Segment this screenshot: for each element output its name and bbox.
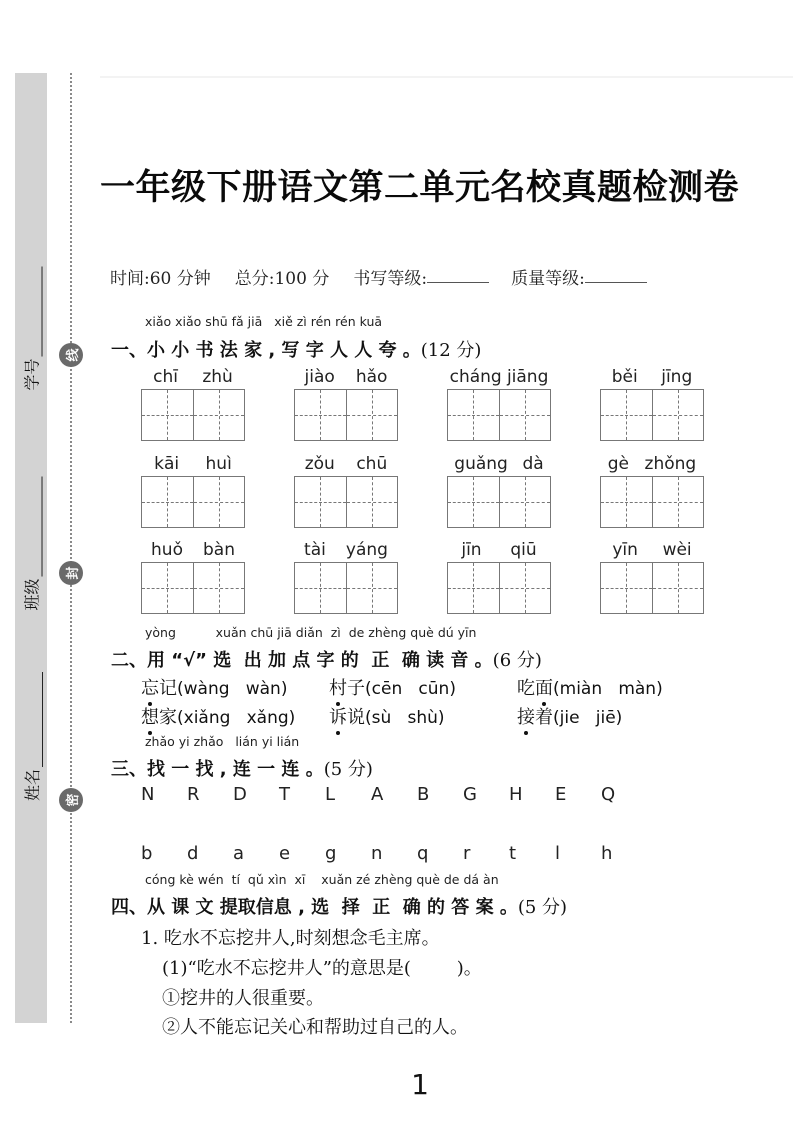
letter-lower[interactable]: t: [509, 843, 555, 864]
question-1-sub[interactable]: (1)“吃水不忘挖井人”的意思是( )。: [162, 954, 482, 980]
pronunciation-choice[interactable]: 吃面(miàn màn): [517, 674, 663, 700]
writing-grid[interactable]: gèzhǒng: [600, 454, 704, 528]
section4-heading: 四、从 课 文 提取信息 , 选 择 正 确 的 答 案 。(5 分): [111, 893, 567, 919]
pronunciation-choice[interactable]: 村子(cēn cūn): [329, 674, 517, 700]
letter-upper[interactable]: L: [325, 784, 371, 805]
letter-upper[interactable]: A: [371, 784, 417, 805]
total-score-label: 总分:100 分: [235, 264, 330, 289]
letter-lower[interactable]: r: [463, 843, 509, 864]
letter-lower[interactable]: e: [279, 843, 325, 864]
section3-pinyin: zhǎo yi zhǎo lián yi lián: [145, 734, 299, 749]
letter-lower[interactable]: b: [141, 843, 187, 864]
letter-upper[interactable]: B: [417, 784, 463, 805]
student-id-field[interactable]: 学号: [15, 258, 47, 398]
name-blank[interactable]: [41, 672, 43, 767]
writing-grid[interactable]: yīnwèi: [600, 540, 704, 614]
class-label: 班级: [20, 578, 43, 610]
seal-seal-icon: 封: [59, 561, 83, 585]
writing-grid[interactable]: huǒbàn: [141, 540, 245, 614]
quality-grade-blank[interactable]: [585, 264, 647, 283]
letter-upper[interactable]: G: [463, 784, 509, 805]
student-id-blank[interactable]: [41, 266, 43, 356]
letter-upper[interactable]: N: [141, 784, 187, 805]
writing-grid[interactable]: guǎngdà: [447, 454, 551, 528]
letter-lower[interactable]: g: [325, 843, 371, 864]
letter-upper[interactable]: T: [279, 784, 325, 805]
letter-lower[interactable]: h: [601, 843, 647, 864]
uppercase-letters: N R D T L A B G H E Q: [141, 784, 647, 805]
pronunciation-row: 忘记(wàng wàn) 村子(cēn cūn) 吃面(miàn màn): [141, 674, 663, 700]
name-label: 姓名: [20, 769, 43, 801]
writing-grid[interactable]: chángjiāng: [447, 367, 551, 441]
writing-grid[interactable]: kāihuì: [141, 454, 245, 528]
pronunciation-choice[interactable]: 诉说(sù shù): [329, 703, 517, 729]
pronunciation-row: 想家(xiǎng xǎng) 诉说(sù shù) 接着(jie jiē): [141, 703, 622, 729]
letter-upper[interactable]: Q: [601, 784, 647, 805]
section2-heading: 二、用 “√” 选 出 加 点 字 的 正 确 读 音 。(6 分): [111, 646, 542, 672]
writing-grid[interactable]: běijīng: [600, 367, 704, 441]
pronunciation-choice[interactable]: 想家(xiǎng xǎng): [141, 703, 329, 729]
class-blank[interactable]: [41, 476, 43, 576]
seal-secret-icon: 密: [59, 788, 83, 812]
writing-grade-blank[interactable]: [427, 264, 489, 283]
pronunciation-choice[interactable]: 接着(jie jiē): [517, 703, 622, 729]
letter-upper[interactable]: E: [555, 784, 601, 805]
writing-grid[interactable]: jiàohǎo: [294, 367, 398, 441]
question-1: 1. 吃水不忘挖井人,时刻想念毛主席。: [141, 924, 440, 950]
section4-pinyin: cóng kè wén tí qǔ xìn xī xuǎn zé zhèng q…: [145, 872, 499, 887]
student-id-label: 学号: [20, 358, 43, 390]
answer-option-1[interactable]: ①挖井的人很重要。: [162, 984, 324, 1010]
time-label: 时间:60 分钟: [110, 264, 211, 289]
letter-upper[interactable]: R: [187, 784, 233, 805]
writing-grade-label: 书写等级:: [353, 264, 427, 289]
page-number: 1: [385, 1068, 455, 1101]
section3-heading: 三、找 一 找 , 连 一 连 。(5 分): [111, 755, 373, 781]
letter-lower[interactable]: q: [417, 843, 463, 864]
section1-pinyin: xiǎo xiǎo shū fǎ jiā xiě zì rén rén kuā: [145, 314, 382, 329]
letter-lower[interactable]: l: [555, 843, 601, 864]
page-title: 一年级下册语文第二单元名校真题检测卷: [100, 160, 760, 210]
answer-option-2[interactable]: ②人不能忘记关心和帮助过自己的人。: [162, 1013, 468, 1039]
quality-grade-label: 质量等级:: [511, 264, 585, 289]
name-field[interactable]: 姓名: [15, 664, 47, 809]
writing-grid[interactable]: tàiyáng: [294, 540, 398, 614]
letter-lower[interactable]: d: [187, 843, 233, 864]
letter-upper[interactable]: D: [233, 784, 279, 805]
writing-grid[interactable]: jīnqiū: [447, 540, 551, 614]
writing-grid[interactable]: zǒuchū: [294, 454, 398, 528]
letter-upper[interactable]: H: [509, 784, 555, 805]
writing-grid[interactable]: chīzhù: [141, 367, 245, 441]
top-rule: [100, 76, 793, 78]
exam-info: 时间:60 分钟 总分:100 分 书写等级: 质量等级:: [110, 264, 647, 289]
letter-lower[interactable]: a: [233, 843, 279, 864]
section1-heading: 一、小 小 书 法 家 , 写 字 人 人 夸 。(12 分): [111, 336, 481, 362]
cut-line: [70, 73, 72, 1023]
letter-lower[interactable]: n: [371, 843, 417, 864]
lowercase-letters: b d a e g n q r t l h: [141, 843, 647, 864]
pronunciation-choice[interactable]: 忘记(wàng wàn): [141, 674, 329, 700]
class-field[interactable]: 班级: [15, 468, 47, 618]
seal-line-icon: 线: [59, 343, 83, 367]
section2-pinyin: yòng xuǎn chū jiā diǎn zì de zhèng què d…: [145, 625, 476, 640]
